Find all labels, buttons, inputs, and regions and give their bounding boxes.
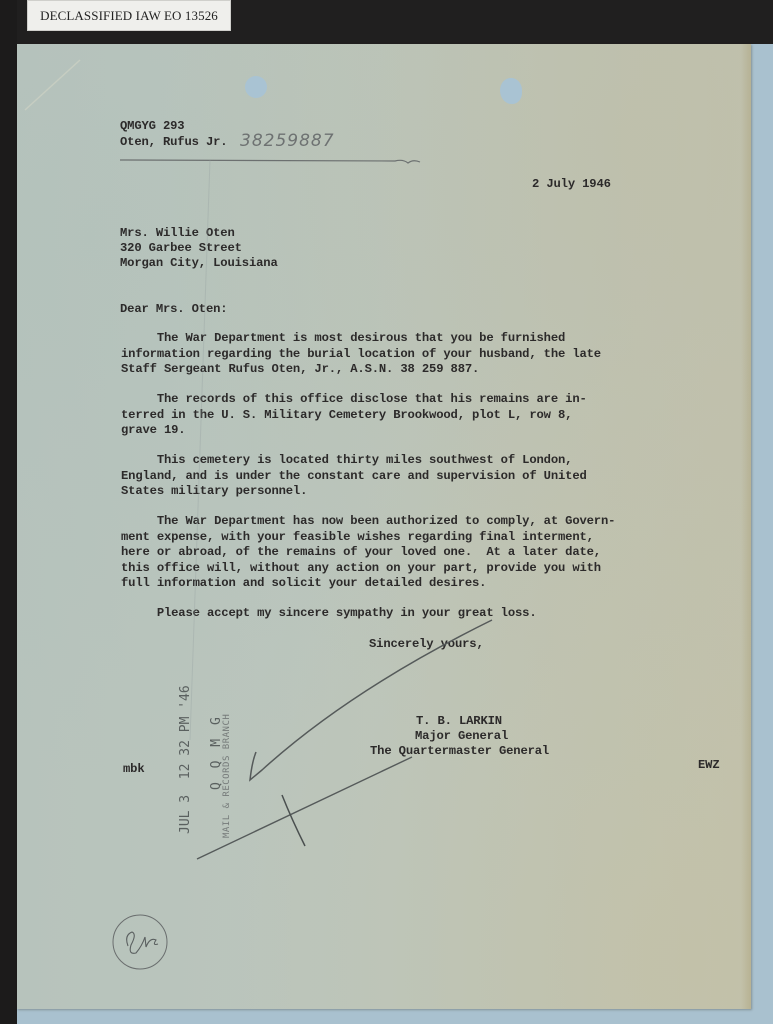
body-line: This cemetery is located thirty miles so… xyxy=(121,453,641,469)
subject-name: Oten, Rufus Jr. xyxy=(120,135,227,151)
scanner-left-border xyxy=(0,0,17,1024)
received-stamp-datetime: JUL 3 12 32 PM '46 xyxy=(178,685,193,834)
body-line: here or abroad, of the remains of your l… xyxy=(121,545,641,561)
typist-initials: mbk xyxy=(123,762,145,778)
body-line: Please accept my sincere sympathy in you… xyxy=(121,606,641,622)
punch-hole-left xyxy=(245,76,267,98)
body-paragraph-1: The War Department is most desirous that… xyxy=(121,331,641,378)
body-line: ment expense, with your feasible wishes … xyxy=(121,530,641,546)
received-stamp-branch: MAIL & RECORDS BRANCH xyxy=(222,714,232,838)
punch-hole-right xyxy=(500,78,522,104)
body-line: full information and solicit your detail… xyxy=(121,576,641,592)
recipient-name: Mrs. Willie Oten xyxy=(120,226,235,242)
body-line: The War Department has now been authoriz… xyxy=(121,514,641,530)
body-paragraph-3: This cemetery is located thirty miles so… xyxy=(121,453,641,500)
closing: Sincerely yours, xyxy=(369,637,484,653)
body-line: information regarding the burial locatio… xyxy=(121,347,641,363)
body-line: grave 19. xyxy=(121,423,641,439)
body-paragraph-4: The War Department has now been authoriz… xyxy=(121,514,641,592)
body-paragraph-5: Please accept my sincere sympathy in you… xyxy=(121,606,641,622)
body-line: The War Department is most desirous that… xyxy=(121,331,641,347)
recipient-city: Morgan City, Louisiana xyxy=(120,256,278,272)
signer-title: The Quartermaster General xyxy=(370,744,549,760)
body-line: The records of this office disclose that… xyxy=(121,392,641,408)
body-line: Staff Sergeant Rufus Oten, Jr., A.S.N. 3… xyxy=(121,362,641,378)
body-line: terred in the U. S. Military Cemetery Br… xyxy=(121,408,641,424)
declassification-label: DECLASSIFIED IAW EO 13526 xyxy=(27,0,231,31)
body-paragraph-2: The records of this office disclose that… xyxy=(121,392,641,439)
signer-name: T. B. LARKIN xyxy=(416,714,502,730)
body-line: States military personnel. xyxy=(121,484,641,500)
body-line: this office will, without any action on … xyxy=(121,561,641,577)
signer-rank: Major General xyxy=(415,729,508,745)
paper-edge-shading xyxy=(741,44,751,1009)
body-line: England, and is under the constant care … xyxy=(121,469,641,485)
pencil-serial-number: 38259887 xyxy=(240,131,335,151)
recipient-street: 320 Garbee Street xyxy=(120,241,242,257)
reference-initials: EWZ xyxy=(698,758,720,774)
file-code: QMGYG 293 xyxy=(120,119,184,135)
letter-date: 2 July 1946 xyxy=(532,177,611,193)
salutation: Dear Mrs. Oten: xyxy=(120,302,227,318)
